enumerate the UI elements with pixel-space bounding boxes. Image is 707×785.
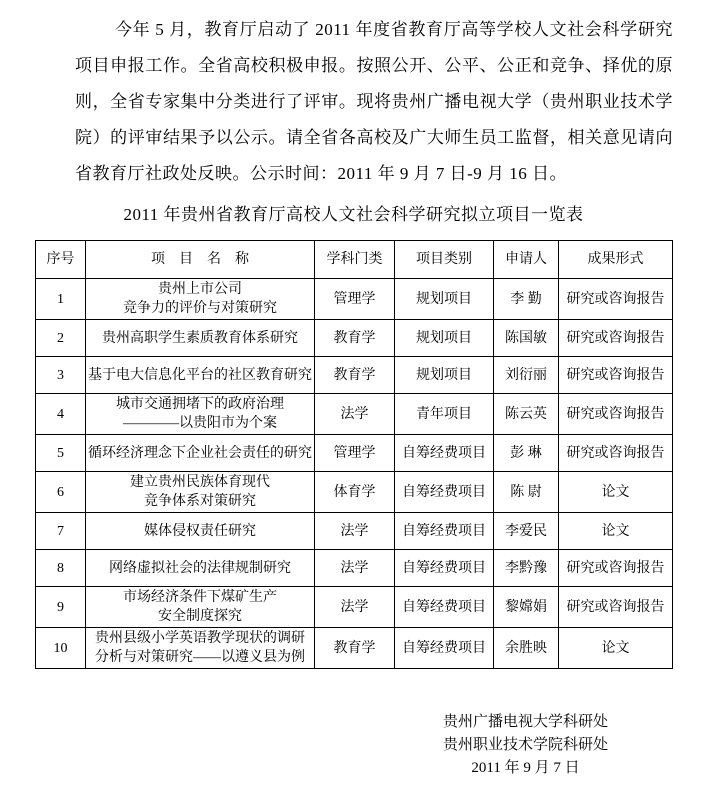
cell-applicant: 李 勤	[494, 279, 559, 320]
cell-outcome: 研究或咨询报告	[559, 394, 673, 435]
table-header-row: 序号 项 目 名 称 学科门类 项目类别 申请人 成果形式	[36, 241, 673, 279]
cell-project-name: 贵州上市公司竞争力的评价与对策研究	[86, 279, 315, 320]
project-name-line: 竞争体系对策研究	[88, 492, 312, 511]
cell-applicant: 李爱民	[494, 513, 559, 550]
footer-date: 2011 年 9 月 7 日	[443, 757, 608, 780]
cell-project-name: 贵州县级小学英语教学现状的调研分析与对策研究——以遵义县为例	[86, 628, 315, 669]
project-name-line: 循环经济理念下企业社会责任的研究	[88, 444, 312, 463]
table-row: 4 城市交通拥堵下的政府治理————以贵阳市为个案 法学 青年项目 陈云英 研究…	[36, 394, 673, 435]
cell-discipline: 法学	[315, 394, 395, 435]
cell-project-name: 媒体侵权责任研究	[86, 513, 315, 550]
cell-category: 自筹经费项目	[395, 472, 494, 513]
project-name-line: 市场经济条件下煤矿生产	[88, 588, 312, 607]
cell-applicant: 李黔豫	[494, 550, 559, 587]
table-title: 2011 年贵州省教育厅高校人文社会科学研究拟立项目一览表	[0, 200, 707, 225]
cell-category: 自筹经费项目	[395, 628, 494, 669]
table-row: 5 循环经济理念下企业社会责任的研究 管理学 自筹经费项目 彭 琳 研究或咨询报…	[36, 435, 673, 472]
project-name-line: 基于电大信息化平台的社区教育研究	[88, 366, 312, 385]
cell-discipline: 教育学	[315, 320, 395, 357]
cell-discipline: 法学	[315, 550, 395, 587]
project-name-line: ————以贵阳市为个案	[88, 414, 312, 433]
cell-discipline: 教育学	[315, 357, 395, 394]
signature-block: 贵州广播电视大学科研处 贵州职业技术学院科研处 2011 年 9 月 7 日	[443, 711, 608, 780]
cell-applicant: 刘衍丽	[494, 357, 559, 394]
cell-outcome: 研究或咨询报告	[559, 279, 673, 320]
cell-outcome: 论文	[559, 628, 673, 669]
cell-applicant: 彭 琳	[494, 435, 559, 472]
cell-discipline: 法学	[315, 513, 395, 550]
cell-outcome: 研究或咨询报告	[559, 357, 673, 394]
table-row: 1 贵州上市公司竞争力的评价与对策研究 管理学 规划项目 李 勤 研究或咨询报告	[36, 279, 673, 320]
announcement-page: 今年 5 月，教育厅启动了 2011 年度省教育厅高等学校人文社会科学研究项目申…	[0, 0, 707, 785]
cell-serial: 5	[36, 435, 86, 472]
footer-org-2: 贵州职业技术学院科研处	[443, 734, 608, 757]
cell-discipline: 教育学	[315, 628, 395, 669]
table-row: 3 基于电大信息化平台的社区教育研究 教育学 规划项目 刘衍丽 研究或咨询报告	[36, 357, 673, 394]
project-name-line: 城市交通拥堵下的政府治理	[88, 395, 312, 414]
cell-applicant: 黎嫦娟	[494, 587, 559, 628]
cell-category: 自筹经费项目	[395, 513, 494, 550]
column-header-outcome: 成果形式	[559, 241, 673, 279]
projects-table: 序号 项 目 名 称 学科门类 项目类别 申请人 成果形式 1 贵州上市公司竞争…	[35, 240, 673, 669]
table-row: 9 市场经济条件下煤矿生产安全制度探究 法学 自筹经费项目 黎嫦娟 研究或咨询报…	[36, 587, 673, 628]
cell-applicant: 陈云英	[494, 394, 559, 435]
project-name-line: 贵州县级小学英语教学现状的调研	[88, 629, 312, 648]
cell-serial: 1	[36, 279, 86, 320]
cell-project-name: 城市交通拥堵下的政府治理————以贵阳市为个案	[86, 394, 315, 435]
cell-category: 自筹经费项目	[395, 550, 494, 587]
cell-project-name: 网络虚拟社会的法律规制研究	[86, 550, 315, 587]
cell-category: 青年项目	[395, 394, 494, 435]
table-row: 2 贵州高职学生素质教育体系研究 教育学 规划项目 陈国敏 研究或咨询报告	[36, 320, 673, 357]
cell-discipline: 管理学	[315, 435, 395, 472]
cell-outcome: 论文	[559, 472, 673, 513]
cell-outcome: 论文	[559, 513, 673, 550]
project-name-line: 竞争力的评价与对策研究	[88, 299, 312, 318]
project-name-line: 媒体侵权责任研究	[88, 522, 312, 541]
cell-serial: 2	[36, 320, 86, 357]
cell-project-name: 建立贵州民族体育现代竞争体系对策研究	[86, 472, 315, 513]
column-header-project: 项 目 名 称	[86, 241, 315, 279]
project-name-line: 建立贵州民族体育现代	[88, 473, 312, 492]
cell-project-name: 市场经济条件下煤矿生产安全制度探究	[86, 587, 315, 628]
column-header-applicant: 申请人	[494, 241, 559, 279]
cell-serial: 10	[36, 628, 86, 669]
cell-discipline: 体育学	[315, 472, 395, 513]
footer-org-1: 贵州广播电视大学科研处	[443, 711, 608, 734]
project-name-line: 分析与对策研究——以遵义县为例	[88, 648, 312, 667]
cell-project-name: 循环经济理念下企业社会责任的研究	[86, 435, 315, 472]
cell-outcome: 研究或咨询报告	[559, 320, 673, 357]
cell-category: 自筹经费项目	[395, 587, 494, 628]
cell-category: 规划项目	[395, 357, 494, 394]
table-row: 10 贵州县级小学英语教学现状的调研分析与对策研究——以遵义县为例 教育学 自筹…	[36, 628, 673, 669]
project-name-line: 网络虚拟社会的法律规制研究	[88, 559, 312, 578]
project-name-line: 贵州高职学生素质教育体系研究	[88, 329, 312, 348]
cell-applicant: 陈 尉	[494, 472, 559, 513]
table-row: 8 网络虚拟社会的法律规制研究 法学 自筹经费项目 李黔豫 研究或咨询报告	[36, 550, 673, 587]
cell-category: 规划项目	[395, 320, 494, 357]
cell-applicant: 陈国敏	[494, 320, 559, 357]
column-header-discipline: 学科门类	[315, 241, 395, 279]
column-header-serial: 序号	[36, 241, 86, 279]
cell-outcome: 研究或咨询报告	[559, 435, 673, 472]
cell-serial: 3	[36, 357, 86, 394]
cell-applicant: 余胜映	[494, 628, 559, 669]
table-row: 7 媒体侵权责任研究 法学 自筹经费项目 李爱民 论文	[36, 513, 673, 550]
cell-discipline: 法学	[315, 587, 395, 628]
cell-category: 规划项目	[395, 279, 494, 320]
cell-outcome: 研究或咨询报告	[559, 587, 673, 628]
cell-outcome: 研究或咨询报告	[559, 550, 673, 587]
project-name-line: 安全制度探究	[88, 607, 312, 626]
cell-serial: 6	[36, 472, 86, 513]
column-header-category: 项目类别	[395, 241, 494, 279]
cell-serial: 9	[36, 587, 86, 628]
cell-category: 自筹经费项目	[395, 435, 494, 472]
project-name-line: 贵州上市公司	[88, 280, 312, 299]
cell-serial: 7	[36, 513, 86, 550]
table-row: 6 建立贵州民族体育现代竞争体系对策研究 体育学 自筹经费项目 陈 尉 论文	[36, 472, 673, 513]
cell-serial: 4	[36, 394, 86, 435]
cell-project-name: 贵州高职学生素质教育体系研究	[86, 320, 315, 357]
intro-paragraph: 今年 5 月，教育厅启动了 2011 年度省教育厅高等学校人文社会科学研究项目申…	[0, 0, 707, 192]
cell-discipline: 管理学	[315, 279, 395, 320]
cell-serial: 8	[36, 550, 86, 587]
cell-project-name: 基于电大信息化平台的社区教育研究	[86, 357, 315, 394]
